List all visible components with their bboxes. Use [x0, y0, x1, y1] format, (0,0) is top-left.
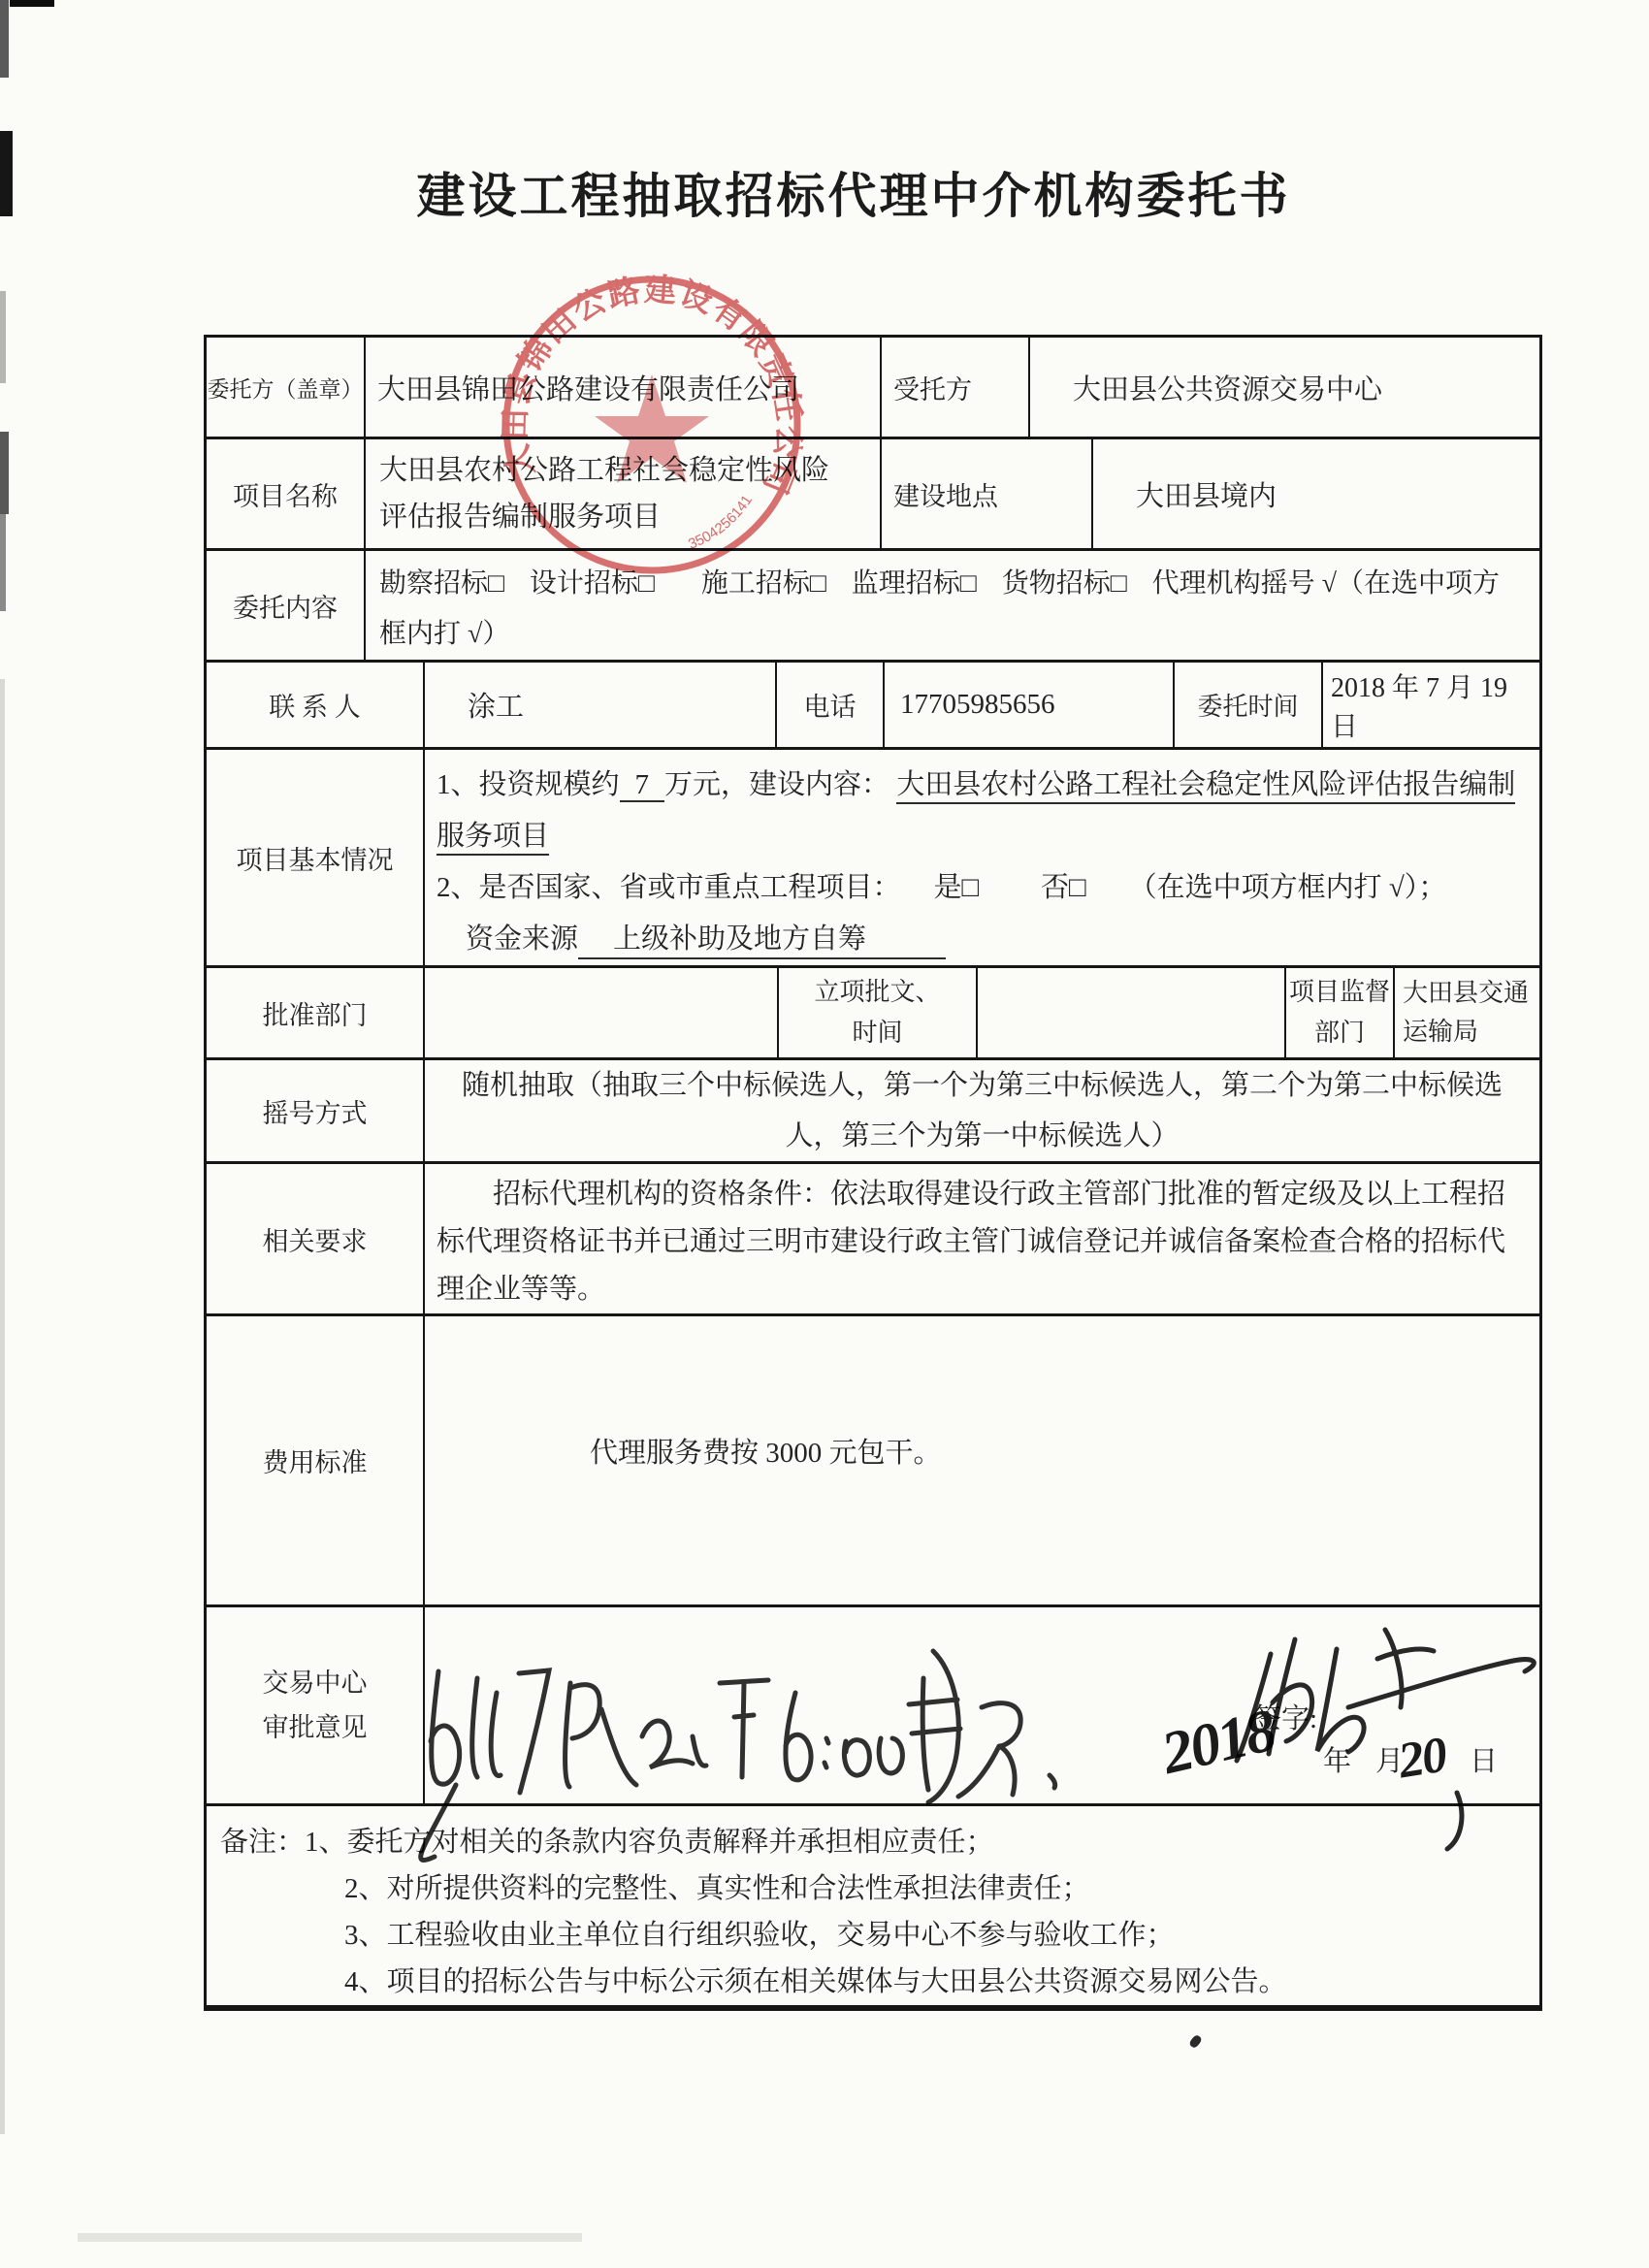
- entrust-time-label: 委托时间: [1175, 663, 1323, 747]
- page-title: 建设工程抽取招标代理中介机构委托书: [29, 157, 1649, 227]
- supervise-dept-label: 项目监督 部门: [1286, 968, 1395, 1057]
- checkbox-construction-bidding: 施工招标□: [701, 568, 826, 599]
- scanned-document-page: 建设工程抽取招标代理中介机构委托书 委托方（盖章） 大田县锦田公路建设有限责任公…: [0, 0, 1649, 2268]
- remarks-line: 备注： 1、委托方对相关的条款内容负责解释并承担相应责任；: [220, 1819, 1524, 1865]
- basic-info-label: 项目基本情况: [207, 750, 425, 965]
- scan-artifact: [1188, 2034, 1203, 2050]
- scan-artifact: [0, 0, 9, 78]
- location-value: 大田县境内: [1093, 439, 1539, 548]
- basic-info-value: 1、投资规模约7万元，建设内容： 大田县农村公路工程社会稳定性风险评估报告编制服…: [425, 750, 1539, 965]
- remarks-cell: 备注： 1、委托方对相关的条款内容负责解释并承担相应责任； 2、对所提供资料的完…: [207, 1806, 1539, 2005]
- supervise-dept-value: 大田县交通运输局: [1395, 968, 1539, 1057]
- checkbox-yes: 是□: [934, 872, 980, 903]
- client-label: 委托方（盖章）: [207, 338, 366, 437]
- row-parties: 委托方（盖章） 大田县锦田公路建设有限责任公司 受托方 大田县公共资源交易中心: [207, 338, 1539, 439]
- row-entrust-content: 委托内容 勘察招标□设计招标□施工招标□监理招标□货物招标□代理机构摇号 √（在…: [207, 551, 1539, 663]
- checkbox-goods-bidding: 货物招标□: [1002, 568, 1127, 599]
- investment-scale-value: 7: [620, 769, 665, 802]
- key-project-question: 2、是否国家、省或市重点工程项目：: [436, 872, 901, 903]
- remarks-item: 4、项目的招标公告与中标公示须在相关媒体与大田县公共资源交易网公告。: [344, 1959, 1524, 2005]
- approve-dept-value: [425, 968, 779, 1057]
- investment-mid: 万元，建设内容：: [664, 769, 889, 800]
- center-approval-value-cell: 签字: 年 月 日 2018 20: [425, 1607, 1539, 1803]
- trustee-label: 受托方: [882, 338, 1030, 437]
- approval-doc-value: [978, 968, 1286, 1057]
- scan-artifact: [78, 2233, 582, 2242]
- entrust-time-value: 2018 年 7 月 19 日: [1323, 663, 1539, 747]
- project-name-label: 项目名称: [207, 439, 366, 548]
- scan-artifact: [0, 679, 5, 2134]
- phone-label: 电话: [777, 663, 885, 747]
- funds-value: 上级补助及地方自筹: [578, 923, 946, 959]
- approve-dept-label: 批准部门: [207, 968, 425, 1057]
- client-value: 大田县锦田公路建设有限责任公司: [366, 338, 882, 437]
- lottery-value: 随机抽取（抽取三个中标候选人，第一个为第三中标候选人，第二个为第二中标候选人，第…: [425, 1060, 1539, 1161]
- row-center-approval: 交易中心 审批意见 签字: 年 月 日 2018 20: [207, 1607, 1539, 1806]
- trustee-value: 大田县公共资源交易中心: [1030, 338, 1539, 437]
- center-approval-label: 交易中心 审批意见: [207, 1607, 425, 1803]
- checkbox-supervision-bidding: 监理招标□: [852, 568, 977, 599]
- row-lottery: 摇号方式 随机抽取（抽取三个中标候选人，第一个为第三中标候选人，第二个为第二中标…: [207, 1060, 1539, 1164]
- investment-prefix: 1、投资规模约: [436, 769, 620, 800]
- funds-label: 资金来源: [466, 923, 578, 955]
- checkbox-no: 否□: [1041, 872, 1086, 903]
- tick-hint: （在选中项方框内打 √）；: [1129, 872, 1447, 903]
- investment-line: 1、投资规模约7万元，建设内容： 大田县农村公路工程社会稳定性风险评估报告编制服…: [436, 760, 1528, 862]
- scan-artifact: [0, 432, 9, 514]
- remarks-label: 备注：: [220, 1819, 305, 1865]
- contact-label: 联 系 人: [207, 663, 425, 747]
- requirements-value: 招标代理机构的资格条件：依法取得建设行政主管部门批准的暂定级及以上工程招标代理资…: [425, 1164, 1539, 1313]
- handwritten-year: 2018: [1156, 1697, 1281, 1789]
- scan-artifact: [0, 131, 13, 216]
- lottery-label: 摇号方式: [207, 1060, 425, 1161]
- row-basic-info: 项目基本情况 1、投资规模约7万元，建设内容： 大田县农村公路工程社会稳定性风险…: [207, 750, 1539, 968]
- entrust-content-label: 委托内容: [207, 551, 366, 660]
- row-remarks: 备注： 1、委托方对相关的条款内容负责解释并承担相应责任； 2、对所提供资料的完…: [207, 1806, 1539, 2005]
- approval-doc-label: 立项批文、 时间: [779, 968, 978, 1057]
- handwritten-day: 20: [1395, 1727, 1450, 1791]
- requirements-value-cell: 招标代理机构的资格条件：依法取得建设行政主管部门批准的暂定级及以上工程招标代理资…: [425, 1164, 1539, 1313]
- year-char: 年: [1323, 1739, 1351, 1779]
- fee-label: 费用标准: [207, 1316, 425, 1604]
- row-requirements: 相关要求 招标代理机构的资格条件：依法取得建设行政主管部门批准的暂定级及以上工程…: [207, 1164, 1539, 1316]
- location-label: 建设地点: [882, 439, 1093, 548]
- remarks-item: 3、工程验收由业主单位自行组织验收，交易中心不参与验收工作；: [344, 1912, 1524, 1959]
- lottery-value-cell: 随机抽取（抽取三个中标候选人，第一个为第三中标候选人，第二个为第二中标候选人，第…: [425, 1060, 1539, 1161]
- funds-line: 资金来源上级补助及地方自筹: [466, 914, 1528, 965]
- row-project: 项目名称 大田县农村公路工程社会稳定性风险评估报告编制服务项目 建设地点 大田县…: [207, 439, 1539, 551]
- fee-value: 代理服务费按 3000 元包干。: [425, 1316, 1539, 1604]
- remarks-item: 2、对所提供资料的完整性、真实性和合法性承担法律责任；: [344, 1865, 1524, 1912]
- checkbox-survey-bidding: 勘察招标□: [379, 568, 504, 599]
- scan-artifact: [10, 0, 54, 7]
- row-approval-dept: 批准部门 立项批文、 时间 项目监督 部门 大田县交通运输局: [207, 968, 1539, 1060]
- day-char: 日: [1470, 1739, 1498, 1779]
- checkbox-design-bidding: 设计招标□: [530, 568, 655, 599]
- scan-artifact: [0, 514, 6, 611]
- contact-value: 涂工: [425, 663, 777, 747]
- project-name-value: 大田县农村公路工程社会稳定性风险评估报告编制服务项目: [366, 439, 882, 548]
- key-project-line: 2、是否国家、省或市重点工程项目：是□否□（在选中项方框内打 √）；: [436, 862, 1528, 914]
- requirements-label: 相关要求: [207, 1164, 425, 1313]
- row-fee: 费用标准 代理服务费按 3000 元包干。: [207, 1316, 1539, 1607]
- entrust-content-value: 勘察招标□设计招标□施工招标□监理招标□货物招标□代理机构摇号 √（在选中项方框…: [366, 551, 1539, 660]
- row-contact: 联 系 人 涂工 电话 17705985656 委托时间 2018 年 7 月 …: [207, 663, 1539, 750]
- scan-artifact: [0, 291, 6, 383]
- remarks-item: 1、委托方对相关的条款内容负责解释并承担相应责任；: [305, 1819, 994, 1865]
- phone-value: 17705985656: [885, 663, 1175, 747]
- commission-form-table: 委托方（盖章） 大田县锦田公路建设有限责任公司 受托方 大田县公共资源交易中心 …: [204, 335, 1542, 2011]
